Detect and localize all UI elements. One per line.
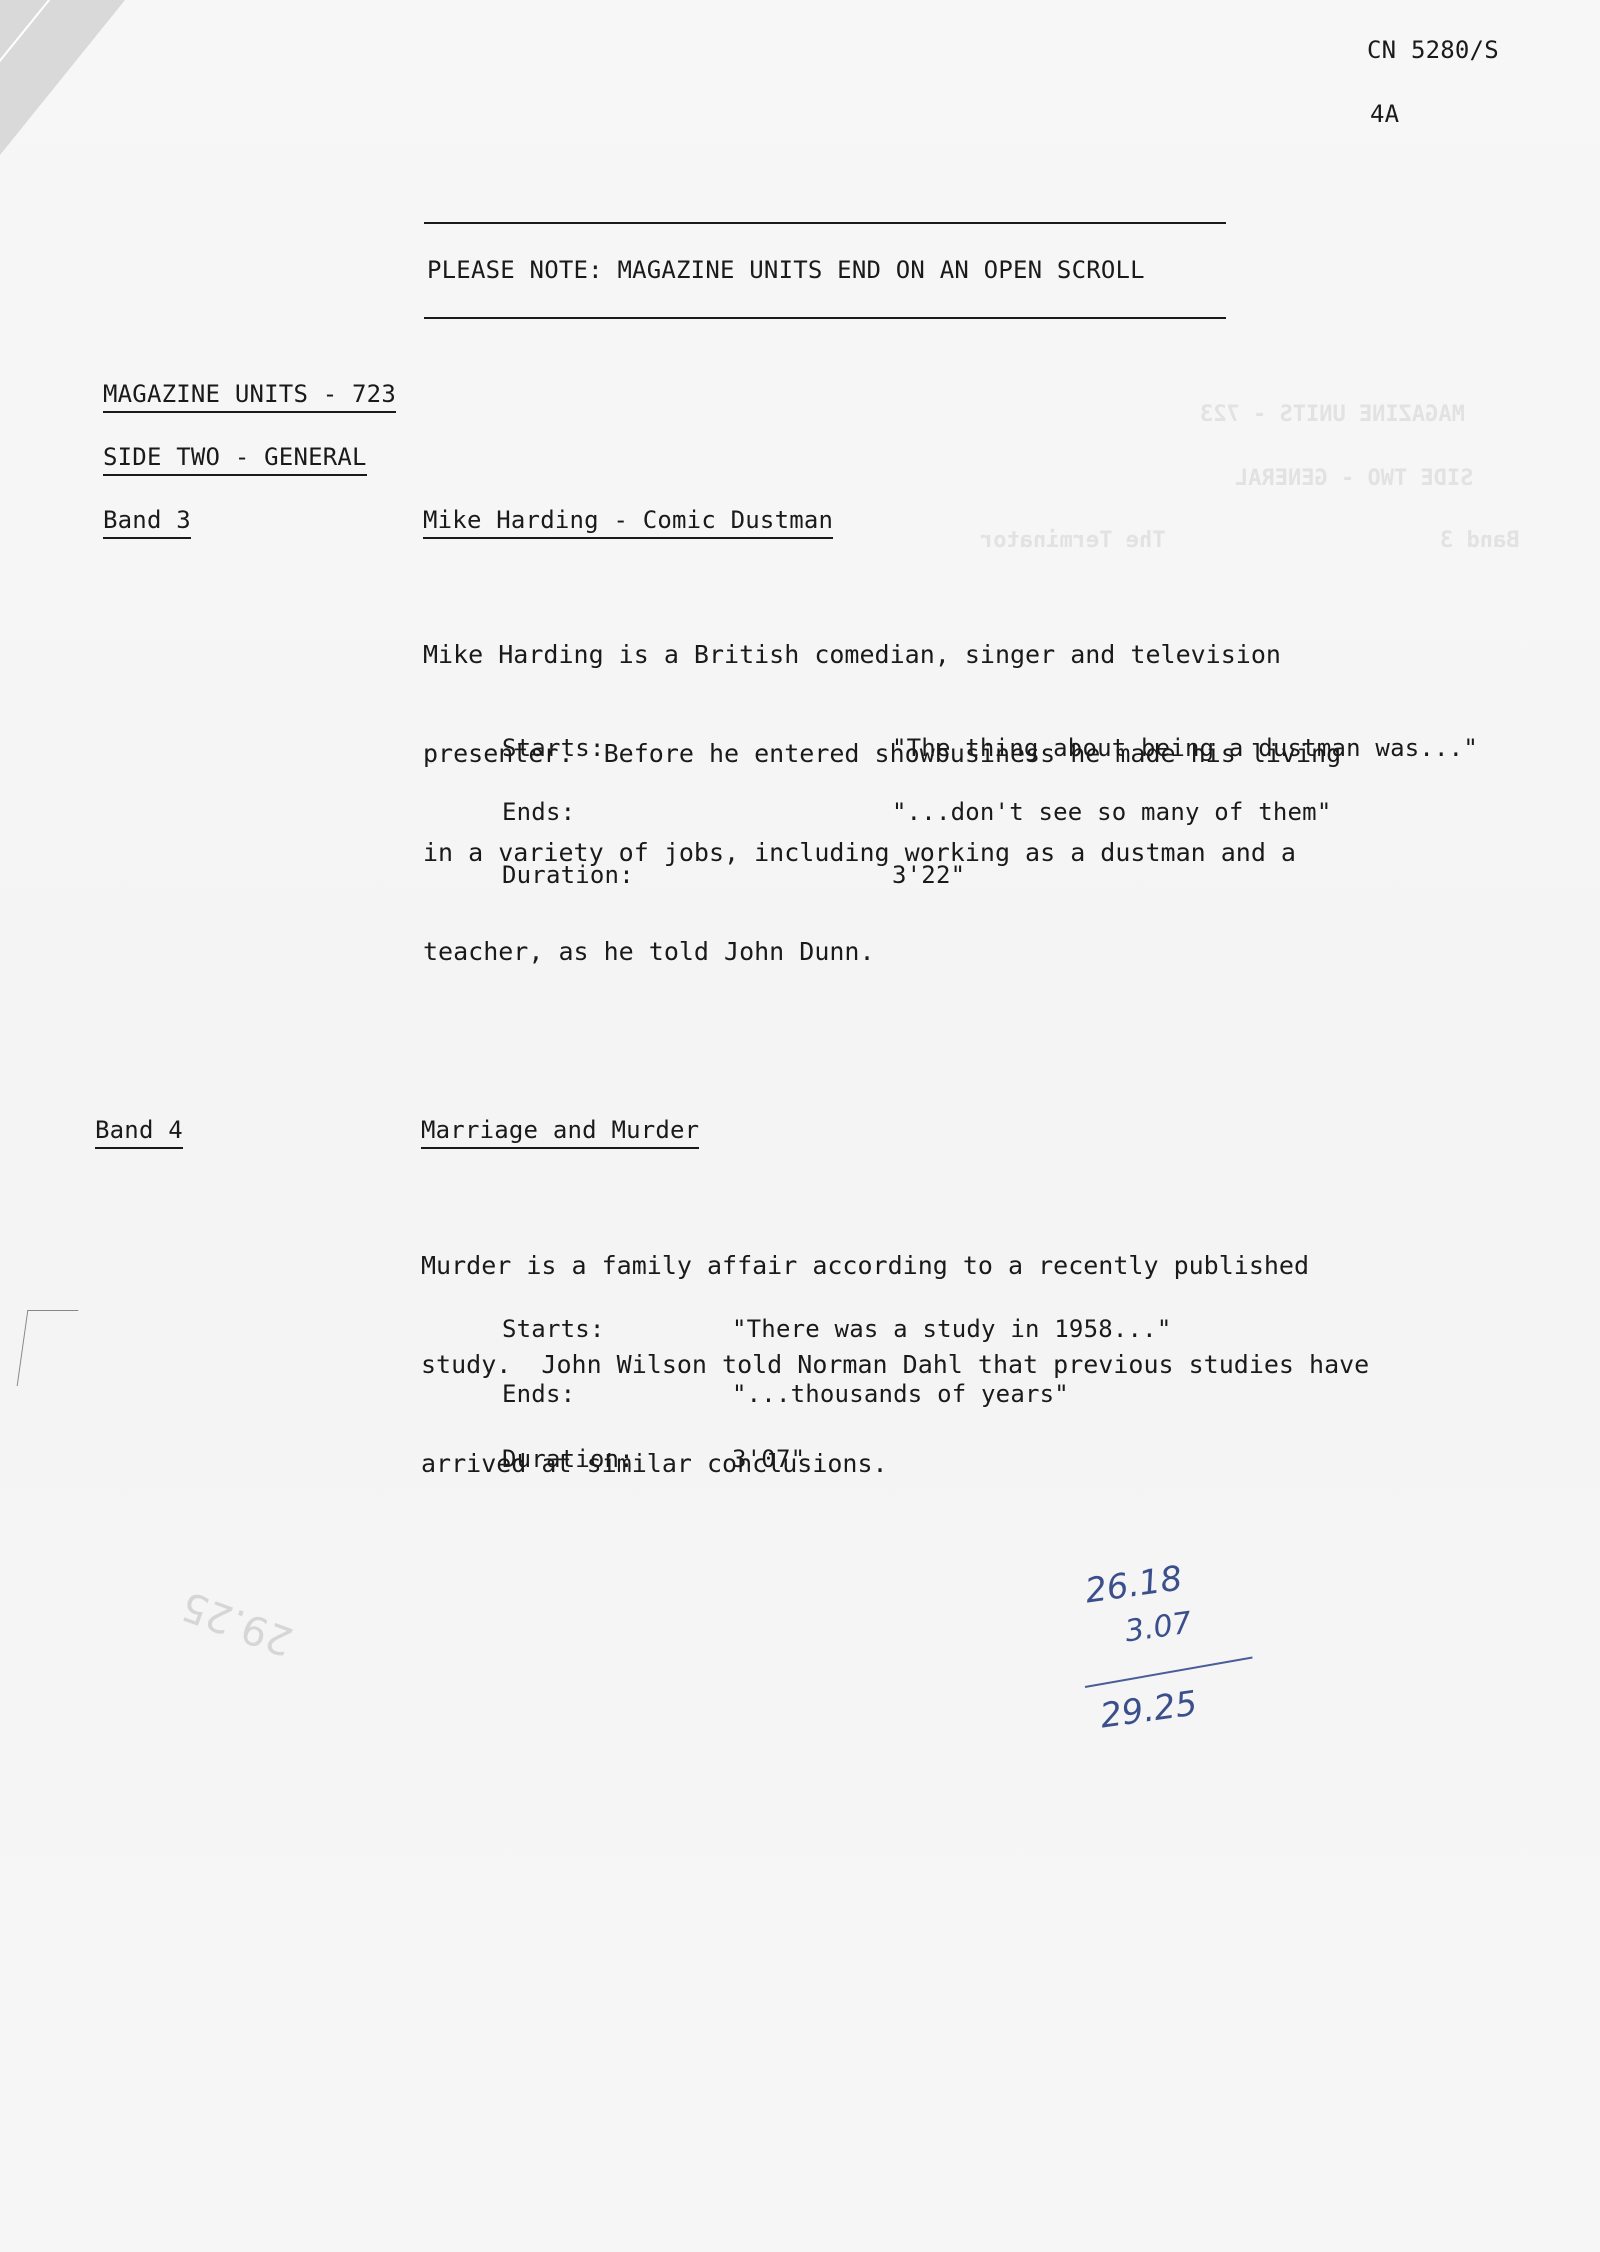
starts-label: Starts: — [502, 736, 605, 760]
notice-bottom-rule — [424, 317, 1226, 319]
ends-label: Ends: — [502, 1382, 575, 1406]
duration-label: Duration: — [502, 863, 634, 887]
section-subtitle: SIDE TWO - GENERAL — [103, 443, 367, 476]
duration-value: 3'22" — [892, 863, 965, 887]
band-title: Marriage and Murder — [421, 1116, 699, 1149]
description-line: study. John Wilson told Norman Dahl that… — [421, 1348, 1369, 1381]
duration-label: Duration: — [502, 1447, 634, 1471]
pencil-mark — [17, 1310, 79, 1386]
notice-top-rule — [424, 222, 1226, 224]
handwritten-sum-rule — [1085, 1656, 1253, 1687]
ends-cue: "...don't see so many of them" — [892, 800, 1331, 824]
bleed-through-text: SIDE TWO - GENERAL — [1235, 466, 1473, 491]
bleed-through-text: MAGAZINE UNITS - 723 — [1200, 402, 1465, 427]
page-number: 4A — [1370, 102, 1399, 126]
description-line: Mike Harding is a British comedian, sing… — [423, 638, 1341, 671]
handwritten-line: 3.07 — [1123, 1606, 1194, 1650]
ends-label: Ends: — [502, 800, 575, 824]
band-label: Band 4 — [95, 1116, 183, 1149]
ends-cue: "...thousands of years" — [732, 1382, 1069, 1406]
starts-label: Starts: — [502, 1317, 605, 1341]
duration-value: 3'07" — [732, 1447, 805, 1471]
document-reference: CN 5280/S — [1367, 38, 1499, 62]
starts-cue: "There was a study in 1958..." — [732, 1317, 1171, 1341]
description-line: Murder is a family affair according to a… — [421, 1249, 1369, 1282]
band-title: Mike Harding - Comic Dustman — [423, 506, 833, 539]
bleed-through-text: Band 3 — [1440, 528, 1519, 553]
notice-text: PLEASE NOTE: MAGAZINE UNITS END ON AN OP… — [427, 258, 1145, 282]
handwritten-total: 29.25 — [1098, 1683, 1200, 1736]
starts-cue: "The thing about being a dustman was..." — [892, 736, 1478, 760]
band-description: Murder is a family affair according to a… — [421, 1183, 1369, 1546]
handwritten-line: 26.18 — [1083, 1558, 1185, 1611]
description-line: teacher, as he told John Dunn. — [423, 935, 1341, 968]
faint-pencil-note: 29.25 — [176, 1582, 299, 1664]
section-title: MAGAZINE UNITS - 723 — [103, 380, 396, 413]
scanned-page: MAGAZINE UNITS - 723 SIDE TWO - GENERAL … — [0, 0, 1600, 2252]
bleed-through-text: The Terminator — [980, 528, 1165, 553]
folded-corner — [0, 0, 125, 155]
band-label: Band 3 — [103, 506, 191, 539]
